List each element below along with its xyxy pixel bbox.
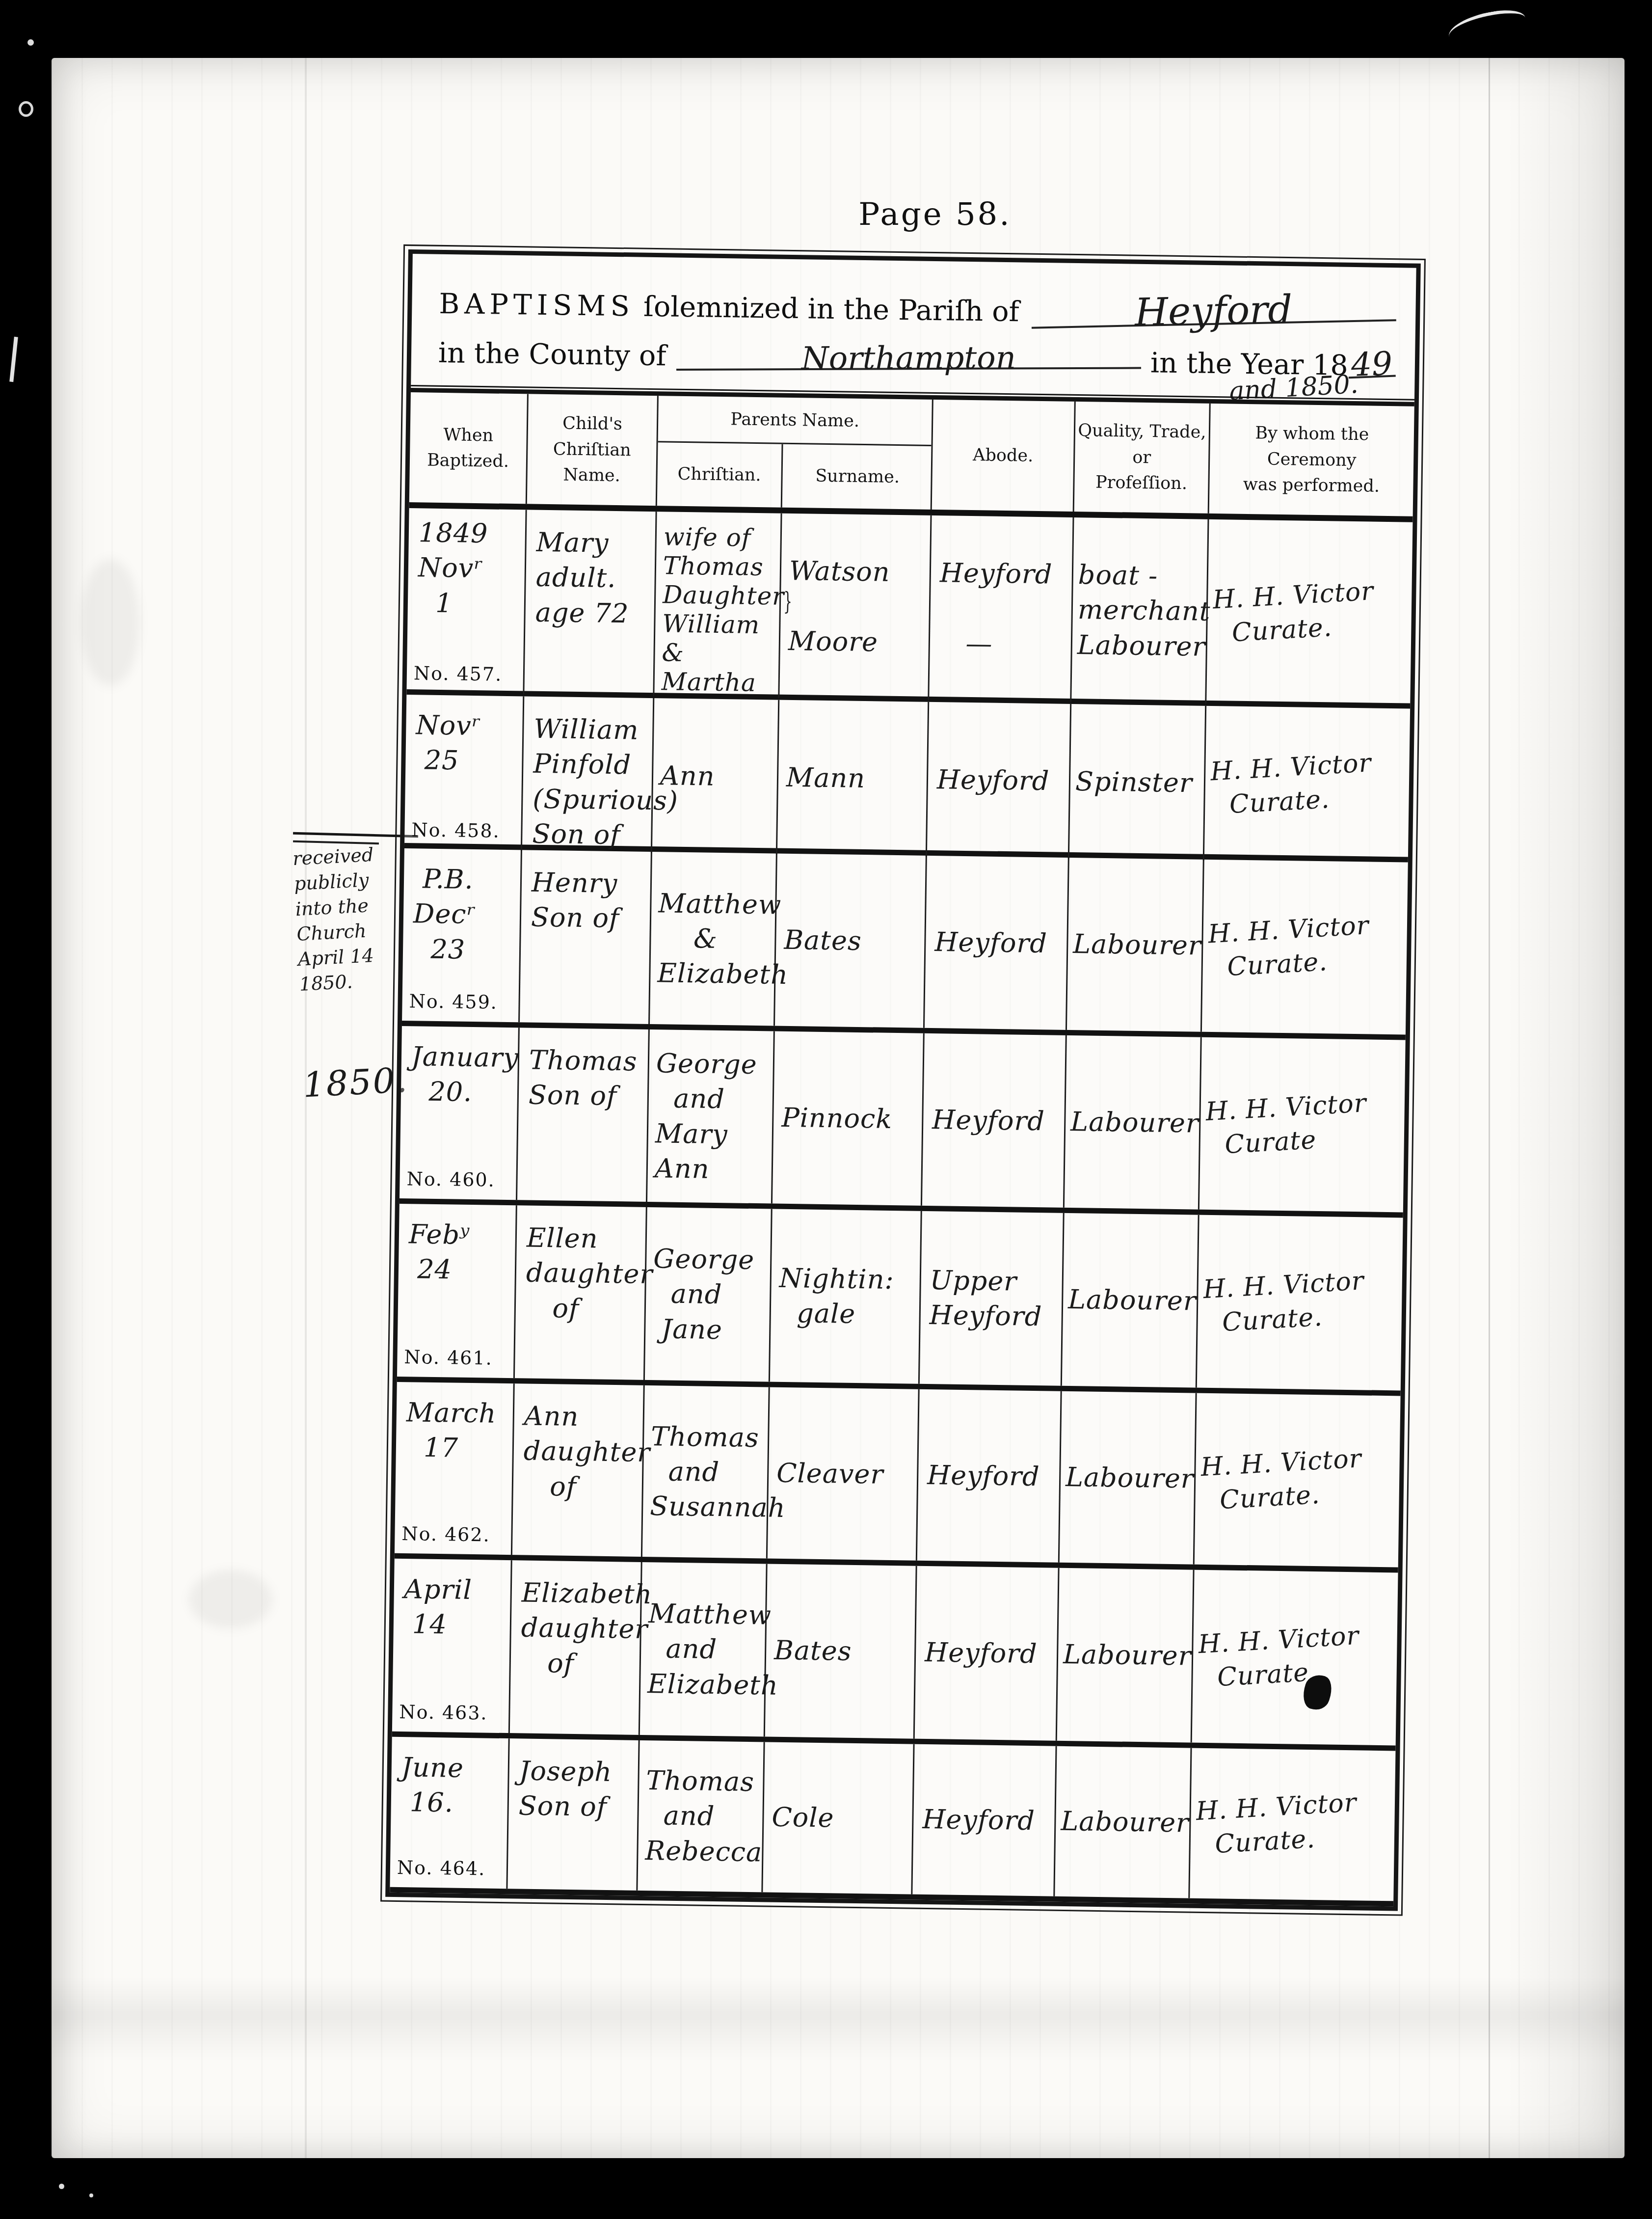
cell-when-baptized: 1849 Novʳ 1 No. 457. xyxy=(406,508,527,694)
parent-christian: Thomas and Rebecca xyxy=(645,1763,764,1869)
child-name: Mary adult. age 72 xyxy=(535,525,630,631)
cell-child-name: Ann daughter of xyxy=(512,1383,645,1557)
cell-parent-surname: Cole xyxy=(763,1742,914,1894)
column-header-parents-name: Parents Name. Chriſtian. Surname. xyxy=(657,396,933,510)
quality: Labourer xyxy=(1066,1460,1194,1496)
cell-when-baptized: Novʳ 25 No. 458. xyxy=(404,695,524,851)
brace-mark: } xyxy=(783,587,793,616)
column-header-label: By whom the Ceremony was performed. xyxy=(1243,420,1381,499)
child-name: Ellen daughter of xyxy=(525,1220,653,1327)
cell-by-whom: H. H. Victor Curate. xyxy=(1202,860,1408,1035)
page-number: Page 58. xyxy=(763,196,1107,233)
baptism-date: April 14 xyxy=(403,1571,472,1642)
baptism-register-table: BAPTISMS ſolemnized in the Pariſh of Hey… xyxy=(385,249,1421,1911)
cell-parent-surname: Cleaver xyxy=(768,1387,920,1561)
parent-surname: Watson Moore xyxy=(788,553,890,660)
table-row-464: June 16. No. 464. Joseph Son of Thomas a… xyxy=(390,1737,1395,1907)
parents-subheaders: Chriſtian. Surname. xyxy=(657,442,932,510)
table-row-459: P.B. Decʳ 23 No. 459. Henry Son of Matth… xyxy=(402,848,1408,1040)
record-number: No. 457. xyxy=(414,662,503,685)
cell-abode: Heyford xyxy=(915,1566,1060,1741)
cell-by-whom: H. H. Victor Curate. xyxy=(1190,1748,1395,1901)
abode: Heyford xyxy=(937,762,1050,798)
column-header-abode: Abode. xyxy=(932,400,1076,512)
child-name: Ann daughter of xyxy=(523,1399,651,1505)
cell-abode: Heyford xyxy=(927,702,1071,859)
parent-surname: Cole xyxy=(772,1800,834,1836)
record-number: No. 458. xyxy=(411,819,500,842)
column-header-surname: Surname. xyxy=(782,444,933,510)
abode: Heyford — xyxy=(938,555,1052,662)
parent-christian: George and Jane xyxy=(652,1241,755,1348)
officiant-signature: H. H. Victor Curate. xyxy=(1212,575,1376,651)
paper-crease xyxy=(305,58,307,2158)
cell-parent-christian: Ann xyxy=(652,698,779,855)
scan-smudge xyxy=(189,1570,272,1629)
baptism-date: 1849 Novʳ 1 xyxy=(417,515,488,621)
column-header-christian: Chriſtian. xyxy=(657,442,783,508)
scan-artifact-dot xyxy=(27,39,34,46)
cell-parent-surname: Mann xyxy=(777,700,929,857)
abode: Heyford xyxy=(934,924,1047,961)
column-headers: When Baptized. Child's Chriſtian Name. P… xyxy=(409,392,1414,522)
table-row-461: Febʸ 24 No. 461. Ellen daughter of Georg… xyxy=(397,1204,1403,1396)
scanned-register-page: { "page": { "number_label": "Page 58." }… xyxy=(0,0,1652,2219)
cell-parent-christian: wife of Thomas Daughter William & Martha… xyxy=(654,512,782,698)
quality: Spinster xyxy=(1075,764,1193,801)
table-row-457: 1849 Novʳ 1 No. 457. Mary adult. age 72 … xyxy=(406,508,1412,709)
column-header-by-whom: By whom the Ceremony was performed. xyxy=(1209,404,1414,516)
cell-child-name: Elizabeth daughter of xyxy=(510,1560,642,1735)
column-header-label: Parents Name. xyxy=(730,406,859,434)
scan-artifact-dot xyxy=(89,2193,93,2197)
cell-quality: Labourer xyxy=(1067,858,1204,1032)
parent-surname: Mann xyxy=(786,760,866,796)
cell-parent-christian: Matthew and Elizabeth xyxy=(640,1562,768,1737)
parent-christian: wife of Thomas Daughter William & Martha xyxy=(661,522,785,698)
baptism-date: March 17 xyxy=(405,1395,496,1466)
county-name-handwritten: Northampton xyxy=(676,349,1141,371)
parent-christian: Matthew and Elizabeth xyxy=(647,1596,780,1703)
record-number: No. 463. xyxy=(399,1701,488,1724)
cell-when-baptized: P.B. Decʳ 23 No. 459. xyxy=(402,848,522,1022)
cell-parent-christian: Matthew & Elizabeth xyxy=(650,852,777,1026)
cell-child-name: William Pinfold (Spurious) Son of xyxy=(522,696,654,853)
cell-quality: Spinster xyxy=(1069,704,1206,861)
cell-child-name: Mary adult. age 72 xyxy=(524,510,657,696)
quality: Labourer xyxy=(1070,1104,1199,1141)
cell-child-name: Ellen daughter of xyxy=(515,1205,647,1380)
parent-christian: Matthew & Elizabeth xyxy=(657,886,790,992)
cell-abode: Heyford xyxy=(917,1389,1062,1563)
column-header-label: When Baptized. xyxy=(427,422,509,474)
cell-child-name: Thomas Son of xyxy=(517,1028,650,1202)
scan-smudge xyxy=(81,559,140,686)
cell-parent-christian: Thomas and Susannah xyxy=(642,1385,770,1559)
parent-surname: Nightin: gale xyxy=(778,1260,894,1332)
baptism-date: P.B. Decʳ 23 xyxy=(413,861,477,967)
column-header-label: Surname. xyxy=(815,463,900,490)
quality: Labourer xyxy=(1061,1804,1189,1840)
abode: Upper Heyford xyxy=(929,1263,1042,1334)
officiant-signature: H. H. Victor Curate. xyxy=(1209,746,1374,822)
cell-parent-christian: George and Jane xyxy=(645,1207,773,1382)
officiant-signature: H. H. Victor Curate. xyxy=(1200,1442,1364,1518)
abode: Heyford xyxy=(922,1802,1035,1838)
cell-child-name: Henry Son of xyxy=(520,850,652,1024)
scan-artifact-ring xyxy=(19,101,33,117)
parent-christian: George and Mary Ann xyxy=(654,1046,773,1187)
record-number: No. 461. xyxy=(404,1346,493,1369)
column-header-childs-name: Child's Chriſtian Name. xyxy=(527,394,659,506)
column-header-label: Chriſtian. xyxy=(677,461,761,488)
child-name: Elizabeth daughter of xyxy=(520,1575,653,1681)
table-row-462: March 17 No. 462. Ann daughter of Thomas… xyxy=(395,1382,1401,1573)
cell-when-baptized: Febʸ 24 No. 461. xyxy=(397,1204,517,1378)
cell-quality: Labourer xyxy=(1055,1746,1192,1898)
scan-artifact-scratch xyxy=(9,337,18,382)
record-number: No. 459. xyxy=(409,990,498,1013)
officiant-signature: H. H. Victor Curate. xyxy=(1195,1786,1359,1862)
child-name: Thomas Son of xyxy=(528,1043,637,1114)
parent-surname: Pinnock xyxy=(781,1100,893,1137)
parent-surname: Cleaver xyxy=(776,1456,884,1492)
cell-quality: Labourer xyxy=(1062,1213,1199,1388)
baptism-date: Febʸ 24 xyxy=(408,1217,470,1287)
column-header-quality: Quality, Trade, or Profeſſion. xyxy=(1074,402,1211,514)
officiant-signature: H. H. Victor Curate xyxy=(1198,1619,1362,1695)
margin-rule xyxy=(293,832,418,838)
heading-solemnized: ſolemnized in the Pariſh of xyxy=(634,290,1019,328)
facing-page-edge xyxy=(1489,58,1490,2158)
quality: boat - merchant Labourer xyxy=(1077,557,1211,664)
cell-parent-surname: Nightin: gale xyxy=(770,1209,922,1384)
cell-when-baptized: April 14 No. 463. xyxy=(392,1559,512,1733)
heading-baptisms: BAPTISMS xyxy=(439,288,635,323)
cell-by-whom: H. H. Victor Curate. xyxy=(1204,706,1410,864)
baptism-date: June 16. xyxy=(400,1750,464,1820)
cell-parent-surname: Pinnock xyxy=(773,1031,925,1206)
parent-christian: Thomas and Susannah xyxy=(650,1419,787,1526)
cell-child-name: Joseph Son of xyxy=(507,1738,639,1891)
abode: Heyford xyxy=(932,1102,1045,1138)
cell-abode: Heyford xyxy=(922,1033,1067,1208)
officiant-signature: H. H. Victor Curate. xyxy=(1207,909,1372,985)
scan-smudge xyxy=(52,1977,1625,2061)
cell-abode: Upper Heyford xyxy=(920,1211,1065,1386)
cell-abode: Heyford xyxy=(912,1744,1057,1896)
parent-surname: Bates xyxy=(774,1633,852,1669)
child-name: Henry Son of xyxy=(531,865,620,936)
cell-abode: Heyford — xyxy=(929,515,1074,702)
cell-by-whom: H. H. Victor Curate. xyxy=(1195,1393,1401,1568)
scan-artifact-squiggle xyxy=(1446,6,1528,49)
scan-artifact-dot xyxy=(59,2184,64,2189)
cell-quality: Labourer xyxy=(1057,1568,1195,1743)
table-row-460: January 20. No. 460. Thomas Son of Georg… xyxy=(400,1026,1406,1218)
cell-when-baptized: June 16. No. 464. xyxy=(390,1737,509,1889)
cell-parent-surname: Bates xyxy=(775,854,927,1028)
parent-christian: Ann xyxy=(660,758,716,794)
register-paper: Page 58. received publicly into the Chur… xyxy=(52,58,1625,2158)
column-header-when-baptized: When Baptized. xyxy=(409,392,529,504)
parents-name-header: Parents Name. xyxy=(658,396,932,446)
record-number: No. 464. xyxy=(397,1857,486,1880)
cell-quality: Labourer xyxy=(1065,1035,1202,1210)
cell-parent-surname: Watson Moore xyxy=(779,514,932,700)
table-row-463: April 14 No. 463. Elizabeth daughter of … xyxy=(392,1559,1398,1751)
parish-name-handwritten: Heyford xyxy=(1031,296,1396,328)
cell-by-whom: H. H. Victor Curate. xyxy=(1197,1215,1403,1391)
cell-quality: boat - merchant Labourer xyxy=(1071,517,1209,704)
child-name: Joseph Son of xyxy=(518,1753,612,1824)
cell-quality: Labourer xyxy=(1060,1391,1197,1565)
cell-by-whom: H. H. Victor Curate xyxy=(1199,1037,1406,1213)
cell-when-baptized: March 17 No. 462. xyxy=(395,1382,515,1555)
cell-by-whom: H. H. Victor Curate. xyxy=(1206,519,1412,707)
baptism-date: January 20. xyxy=(411,1039,519,1110)
record-number: No. 462. xyxy=(401,1523,490,1546)
column-header-label: Abode. xyxy=(973,442,1034,469)
parent-surname: Bates xyxy=(784,922,862,958)
officiant-signature: H. H. Victor Curate xyxy=(1205,1086,1369,1163)
column-header-label: Quality, Trade, or Profeſſion. xyxy=(1077,418,1206,497)
margin-note-year: 1850. xyxy=(302,1059,409,1105)
abode: Heyford xyxy=(927,1458,1040,1494)
quality: Labourer xyxy=(1063,1637,1192,1674)
baptism-date: Novʳ 25 xyxy=(415,707,481,778)
margin-note-received: received publicly into the Church April … xyxy=(292,840,415,998)
column-header-label: Child's Chriſtian Name. xyxy=(527,410,657,489)
cell-parent-christian: George and Mary Ann xyxy=(647,1029,775,1204)
cell-by-whom: H. H. Victor Curate xyxy=(1192,1570,1398,1746)
table-row-458: Novʳ 25 No. 458. William Pinfold (Spurio… xyxy=(404,695,1410,863)
abode: Heyford xyxy=(925,1635,1038,1671)
county-label: in the County of xyxy=(438,337,666,372)
quality: Labourer xyxy=(1073,926,1201,963)
cell-parent-christian: Thomas and Rebecca xyxy=(638,1740,765,1893)
cell-parent-surname: Bates xyxy=(765,1564,917,1738)
officiant-signature: H. H. Victor Curate. xyxy=(1202,1264,1367,1340)
record-number: No. 460. xyxy=(406,1168,495,1191)
register-heading: BAPTISMS ſolemnized in the Pariſh of Hey… xyxy=(411,254,1416,406)
paper-edge-shade xyxy=(1507,58,1625,2158)
quality: Labourer xyxy=(1068,1282,1197,1319)
cell-abode: Heyford xyxy=(925,856,1069,1030)
cell-when-baptized: January 20. No. 460. xyxy=(400,1026,520,1200)
